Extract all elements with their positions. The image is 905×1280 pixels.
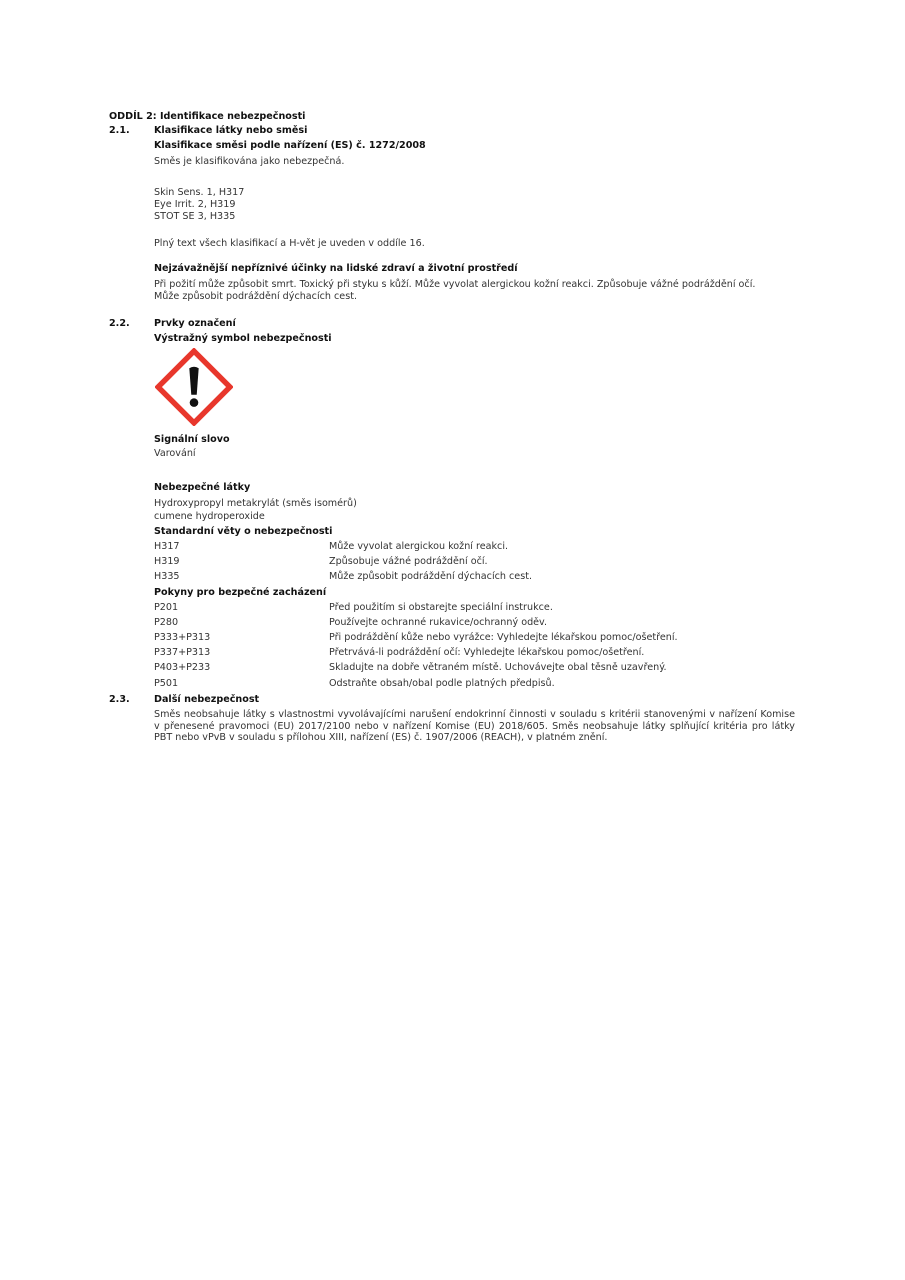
subsection-heading-2-2: Prvky označení <box>154 318 236 330</box>
pictogram-heading: Výstražný symbol nebezpečnosti <box>154 333 332 345</box>
document-page: ODDÍL 2: Identifikace nebezpečnosti 2.1.… <box>0 0 905 1280</box>
signal-word: Varování <box>154 448 196 460</box>
effects-text: Při požití může způsobit smrt. Toxický p… <box>154 279 759 302</box>
signal-word-heading: Signální slovo <box>154 434 230 446</box>
classification-item: STOT SE 3, H335 <box>154 211 235 223</box>
section-title: ODDÍL 2: Identifikace nebezpečnosti <box>109 111 305 123</box>
p-code: P201 <box>154 602 178 614</box>
p-code: P333+P313 <box>154 632 210 644</box>
classification-item: Skin Sens. 1, H317 <box>154 187 244 199</box>
subsection-heading-2-1: Klasifikace látky nebo směsi <box>154 125 307 137</box>
p-text: Před použitím si obstarejte speciální in… <box>329 602 553 614</box>
p-text: Používejte ochranné rukavice/ochranný od… <box>329 617 547 629</box>
exclamation-mark-hazard-icon <box>155 348 233 426</box>
hazard-statements-heading: Standardní věty o nebezpečnosti <box>154 526 332 538</box>
p-code: P501 <box>154 678 178 690</box>
p-code: P280 <box>154 617 178 629</box>
h-text: Může způsobit podráždění dýchacích cest. <box>329 571 532 583</box>
substance-item: Hydroxypropyl metakrylát (směs isomérů) <box>154 498 357 510</box>
subsection-number-2-1: 2.1. <box>109 125 130 137</box>
p-code: P337+P313 <box>154 647 210 659</box>
effects-heading: Nejzávažnější nepříznivé účinky na lidsk… <box>154 263 518 275</box>
subsection-heading-2-3: Další nebezpečnost <box>154 694 259 706</box>
p-code: P403+P233 <box>154 662 210 674</box>
p-text: Přetrvává-li podráždění očí: Vyhledejte … <box>329 647 644 659</box>
subsection-number-2-2: 2.2. <box>109 318 130 330</box>
classification-statement: Směs je klasifikována jako nebezpečná. <box>154 156 344 168</box>
classification-item: Eye Irrit. 2, H319 <box>154 199 236 211</box>
h-code: H319 <box>154 556 180 568</box>
substance-item: cumene hydroperoxide <box>154 511 265 523</box>
h-code: H335 <box>154 571 180 583</box>
classification-subheading: Klasifikace směsi podle nařízení (ES) č.… <box>154 140 426 152</box>
other-hazards-text: Směs neobsahuje látky s vlastnostmi vyvo… <box>154 709 795 744</box>
precautionary-statements-heading: Pokyny pro bezpečné zacházení <box>154 587 326 599</box>
p-text: Odstraňte obsah/obal podle platných před… <box>329 678 555 690</box>
substances-heading: Nebezpečné látky <box>154 482 250 494</box>
subsection-number-2-3: 2.3. <box>109 694 130 706</box>
h-code: H317 <box>154 541 180 553</box>
fulltext-note: Plný text všech klasifikací a H-vět je u… <box>154 238 425 250</box>
h-text: Může vyvolat alergickou kožní reakci. <box>329 541 508 553</box>
h-text: Způsobuje vážné podráždění očí. <box>329 556 488 568</box>
p-text: Skladujte na dobře větraném místě. Uchov… <box>329 662 667 674</box>
p-text: Při podráždění kůže nebo vyrážce: Vyhled… <box>329 632 678 644</box>
